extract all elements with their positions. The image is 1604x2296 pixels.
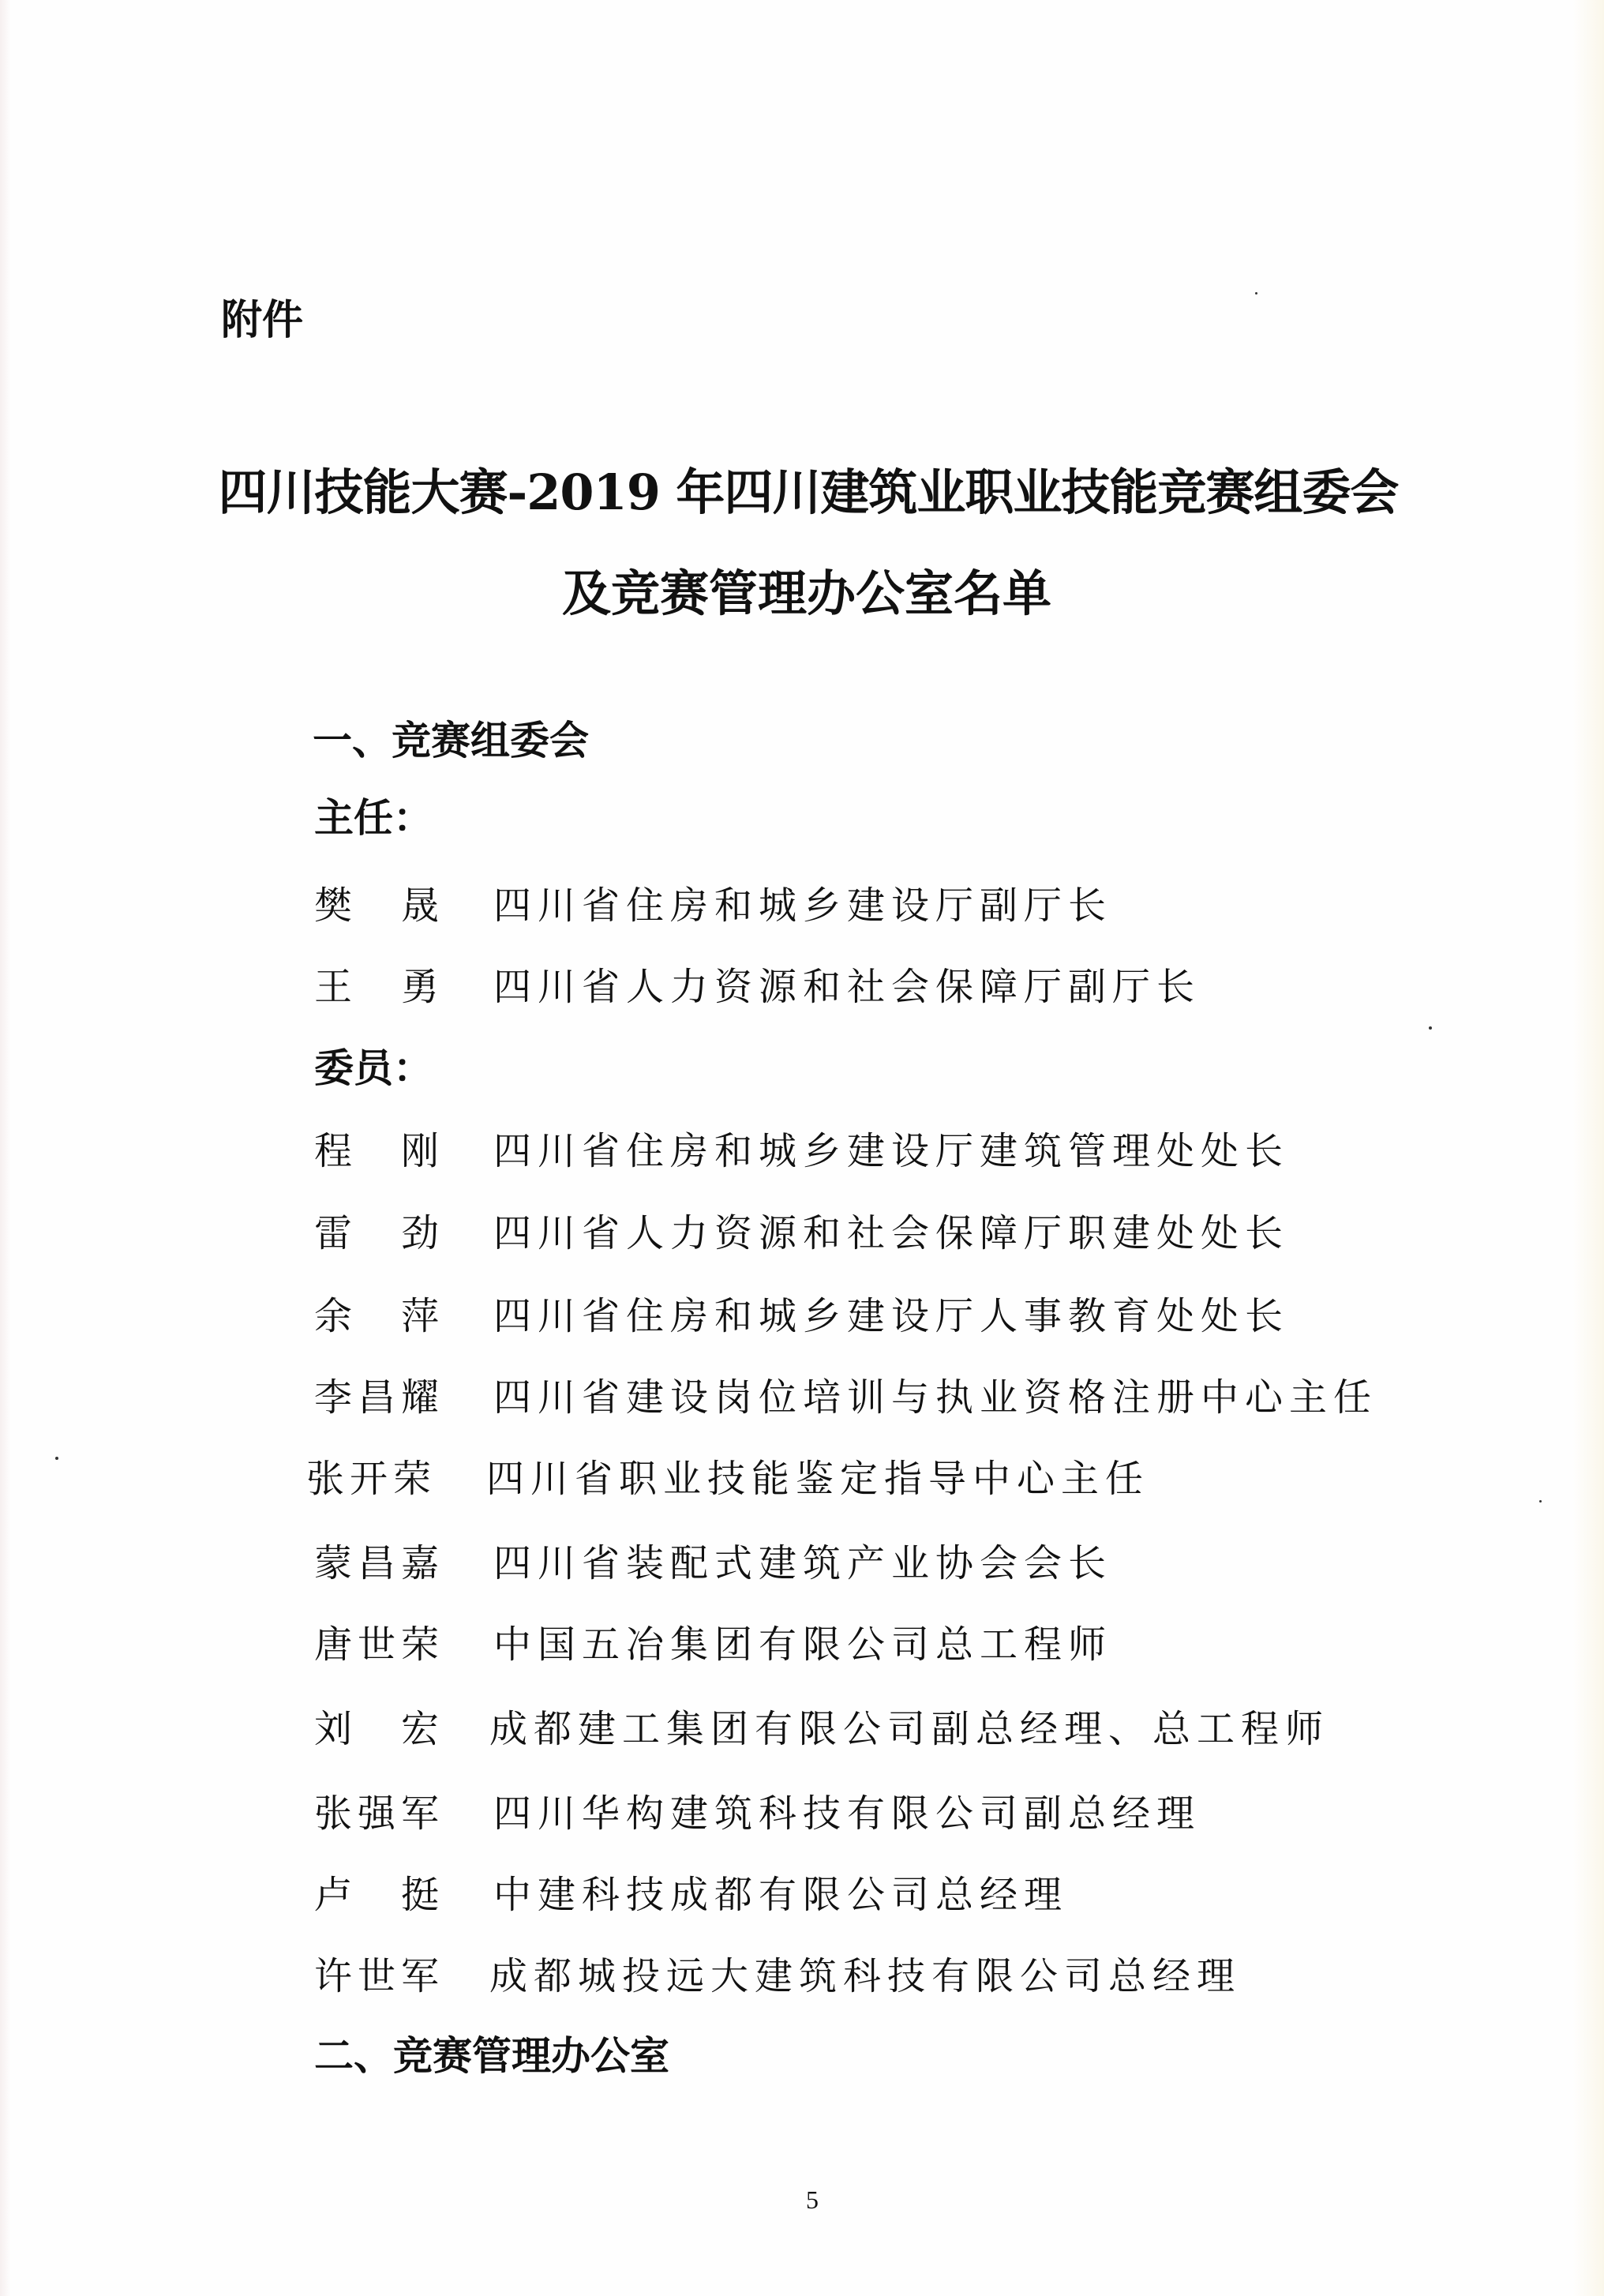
scan-edge-right [1572, 0, 1604, 2296]
member-name: 雷 劲 [314, 1210, 439, 1257]
member-name: 王 勇 [314, 963, 439, 1011]
member-title: 四川华构建筑科技有限公司副总经理 [493, 1790, 1201, 1837]
member-name: 樊 晟 [314, 882, 439, 929]
member-title: 四川省住房和城乡建设厅人事教育处处长 [493, 1292, 1289, 1340]
document-page: 附件 四川技能大赛-2019 年四川建筑业职业技能竞赛组委会 及竞赛管理办公室名… [0, 0, 1604, 2296]
section-heading-management-office: 二、竞赛管理办公室 [314, 2032, 669, 2080]
member-name: 余 萍 [314, 1292, 439, 1340]
member-row: 樊 晟 四川省住房和城乡建设厅副厅长 [314, 882, 1498, 929]
page-number: 5 [0, 2184, 1604, 2215]
member-row: 程 刚 四川省住房和城乡建设厅建筑管理处处长 [314, 1127, 1498, 1175]
member-name: 张开荣 [306, 1455, 464, 1503]
member-title: 四川省装配式建筑产业协会会长 [493, 1540, 1112, 1587]
document-title-line-2: 及竞赛管理办公室名单 [5, 562, 1604, 625]
member-title: 四川省人力资源和社会保障厅职建处处长 [493, 1210, 1289, 1257]
member-row: 张开荣 四川省职业技能鉴定指导中心主任 [306, 1455, 1490, 1503]
section-heading-organizing-committee: 一、竞赛组委会 [313, 717, 589, 764]
member-title: 中国五冶集团有限公司总工程师 [493, 1621, 1112, 1668]
group-label-director: 主任： [314, 794, 433, 842]
group-label-members: 委员： [314, 1045, 433, 1092]
scan-edge-left [0, 0, 11, 2296]
member-name: 李昌耀 [314, 1374, 472, 1421]
member-row: 许世军 成都城投远大建筑科技有限公司总经理 [314, 1953, 1498, 2000]
member-title: 四川省职业技能鉴定指导中心主任 [486, 1455, 1149, 1503]
member-title: 四川省住房和城乡建设厅建筑管理处处长 [493, 1127, 1289, 1175]
member-name: 蒙昌嘉 [314, 1540, 472, 1587]
member-name: 刘 宏 [314, 1705, 439, 1753]
member-name: 许世军 [314, 1953, 472, 2000]
member-row: 余 萍 四川省住房和城乡建设厅人事教育处处长 [314, 1292, 1498, 1340]
member-name: 唐世荣 [314, 1621, 472, 1668]
document-title-line-1: 四川技能大赛-2019 年四川建筑业职业技能竞赛组委会 [6, 461, 1604, 524]
member-row: 王 勇 四川省人力资源和社会保障厅副厅长 [314, 963, 1498, 1011]
member-title: 中建科技成都有限公司总经理 [493, 1871, 1068, 1919]
member-row: 雷 劲 四川省人力资源和社会保障厅职建处处长 [314, 1210, 1498, 1257]
member-name: 张强军 [314, 1790, 472, 1837]
member-title: 四川省建设岗位培训与执业资格注册中心主任 [493, 1374, 1377, 1421]
attachment-label: 附件 [221, 297, 303, 344]
member-row: 卢 挺 中建科技成都有限公司总经理 [314, 1871, 1498, 1919]
member-title: 成都建工集团有限公司副总经理、总工程师 [489, 1705, 1329, 1753]
member-title: 四川省住房和城乡建设厅副厅长 [493, 882, 1112, 929]
member-name: 卢 挺 [314, 1871, 439, 1919]
member-row: 刘 宏 成都建工集团有限公司副总经理、总工程师 [314, 1705, 1498, 1753]
member-row: 唐世荣 中国五冶集团有限公司总工程师 [314, 1621, 1498, 1668]
scan-speck [1539, 1500, 1542, 1503]
member-row: 李昌耀 四川省建设岗位培训与执业资格注册中心主任 [314, 1374, 1498, 1421]
member-row: 蒙昌嘉 四川省装配式建筑产业协会会长 [314, 1540, 1498, 1587]
member-name: 程 刚 [314, 1127, 439, 1175]
scan-speck [1429, 1026, 1432, 1030]
member-title: 四川省人力资源和社会保障厅副厅长 [493, 963, 1201, 1011]
scan-speck [55, 1457, 58, 1460]
scan-speck [1255, 292, 1257, 295]
member-title: 成都城投远大建筑科技有限公司总经理 [489, 1953, 1241, 2000]
member-row: 张强军 四川华构建筑科技有限公司副总经理 [314, 1790, 1498, 1837]
